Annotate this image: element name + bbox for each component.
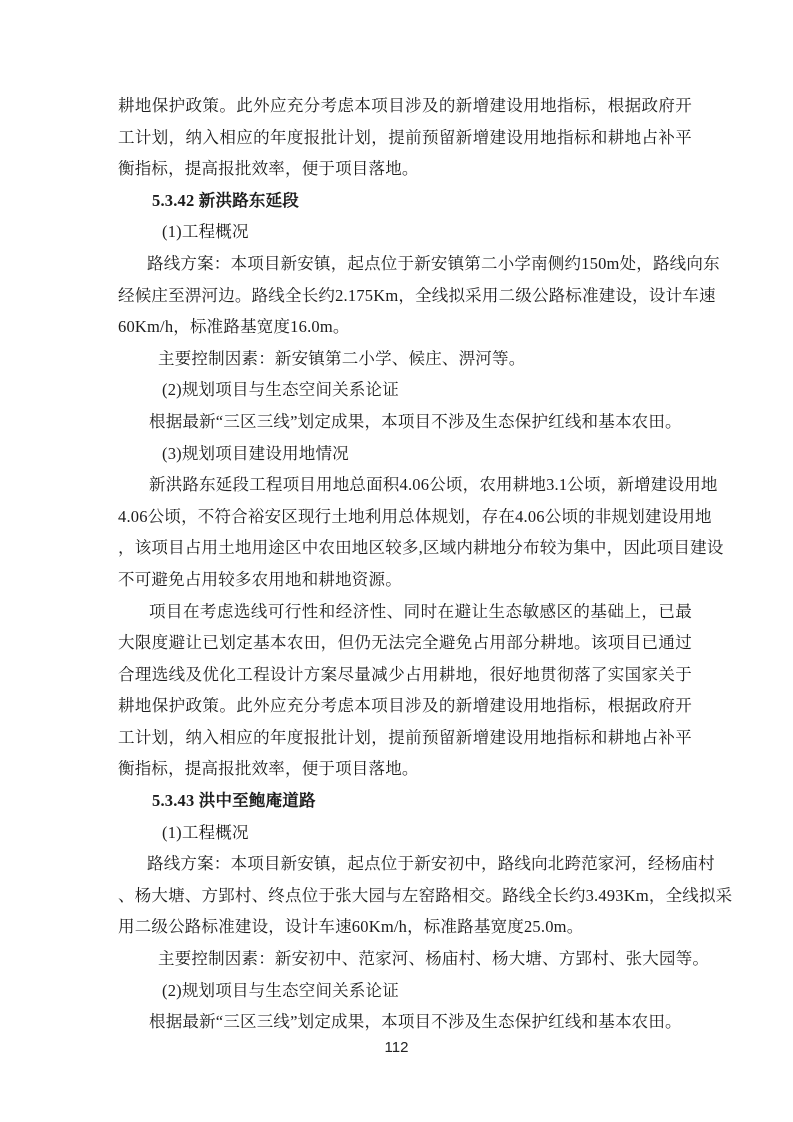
text-line: 根据最新“三区三线”划定成果，本项目不涉及生态保护红线和基本农田。: [118, 1006, 692, 1038]
text-line: (1)工程概况: [118, 216, 692, 248]
text-line: 新洪路东延段工程项目用地总面积4.06公顷，农用耕地3.1公顷，新增建设用地: [118, 469, 692, 501]
text-line: 60Km/h，标准路基宽度16.0m。: [118, 311, 692, 343]
text-line: 4.06公顷，不符合裕安区现行土地利用总体规划，存在4.06公顷的非规划建设用地: [118, 501, 692, 533]
text-line: 经候庄至淠河边。路线全长约2.175Km，全线拟采用二级公路标准建设，设计车速: [118, 280, 692, 312]
section-heading: 5.3.43 洪中至鲍庵道路: [118, 785, 692, 817]
text-line: 主要控制因素：新安镇第二小学、候庄、淠河等。: [118, 343, 692, 375]
text-line: 耕地保护政策。此外应充分考虑本项目涉及的新增建设用地指标，根据政府开: [118, 90, 692, 122]
page-body: 耕地保护政策。此外应充分考虑本项目涉及的新增建设用地指标，根据政府开工计划，纳入…: [118, 90, 692, 1038]
text-line: (2)规划项目与生态空间关系论证: [118, 975, 692, 1007]
text-line: 不可避免占用较多农用地和耕地资源。: [118, 564, 692, 596]
document-page: 耕地保护政策。此外应充分考虑本项目涉及的新增建设用地指标，根据政府开工计划，纳入…: [0, 0, 793, 1122]
text-line: (1)工程概况: [118, 817, 692, 849]
text-line: 大限度避让已划定基本农田，但仍无法完全避免占用部分耕地。该项目已通过: [118, 627, 692, 659]
text-line: 用二级公路标准建设，设计车速60Km/h，标准路基宽度25.0m。: [118, 911, 692, 943]
text-line: 衡指标，提高报批效率，便于项目落地。: [118, 153, 692, 185]
text-line: (3)规划项目建设用地情况: [118, 438, 692, 470]
text-line: (2)规划项目与生态空间关系论证: [118, 374, 692, 406]
text-line: ，该项目占用土地用途区中农田地区较多,区域内耕地分布较为集中，因此项目建设: [118, 532, 692, 564]
text-line: 项目在考虑选线可行性和经济性、同时在避让生态敏感区的基础上，已最: [118, 596, 692, 628]
text-line: 工计划，纳入相应的年度报批计划，提前预留新增建设用地指标和耕地占补平: [118, 722, 692, 754]
text-line: 合理选线及优化工程设计方案尽量减少占用耕地，很好地贯彻落了实国家关于: [118, 659, 692, 691]
text-line: 衡指标，提高报批效率，便于项目落地。: [118, 753, 692, 785]
text-line: 耕地保护政策。此外应充分考虑本项目涉及的新增建设用地指标，根据政府开: [118, 690, 692, 722]
page-number: 112: [0, 1038, 793, 1058]
text-line: 主要控制因素：新安初中、范家河、杨庙村、杨大塘、方郢村、张大园等。: [118, 943, 692, 975]
section-heading: 5.3.42 新洪路东延段: [118, 185, 692, 217]
text-line: 、杨大塘、方郢村、终点位于张大园与左窑路相交。路线全长约3.493Km，全线拟采: [118, 880, 692, 912]
text-line: 根据最新“三区三线”划定成果，本项目不涉及生态保护红线和基本农田。: [118, 406, 692, 438]
text-line: 路线方案：本项目新安镇，起点位于新安初中，路线向北跨范家河，经杨庙村: [118, 848, 692, 880]
text-line: 路线方案：本项目新安镇，起点位于新安镇第二小学南侧约150m处，路线向东: [118, 248, 692, 280]
text-line: 工计划，纳入相应的年度报批计划，提前预留新增建设用地指标和耕地占补平: [118, 122, 692, 154]
